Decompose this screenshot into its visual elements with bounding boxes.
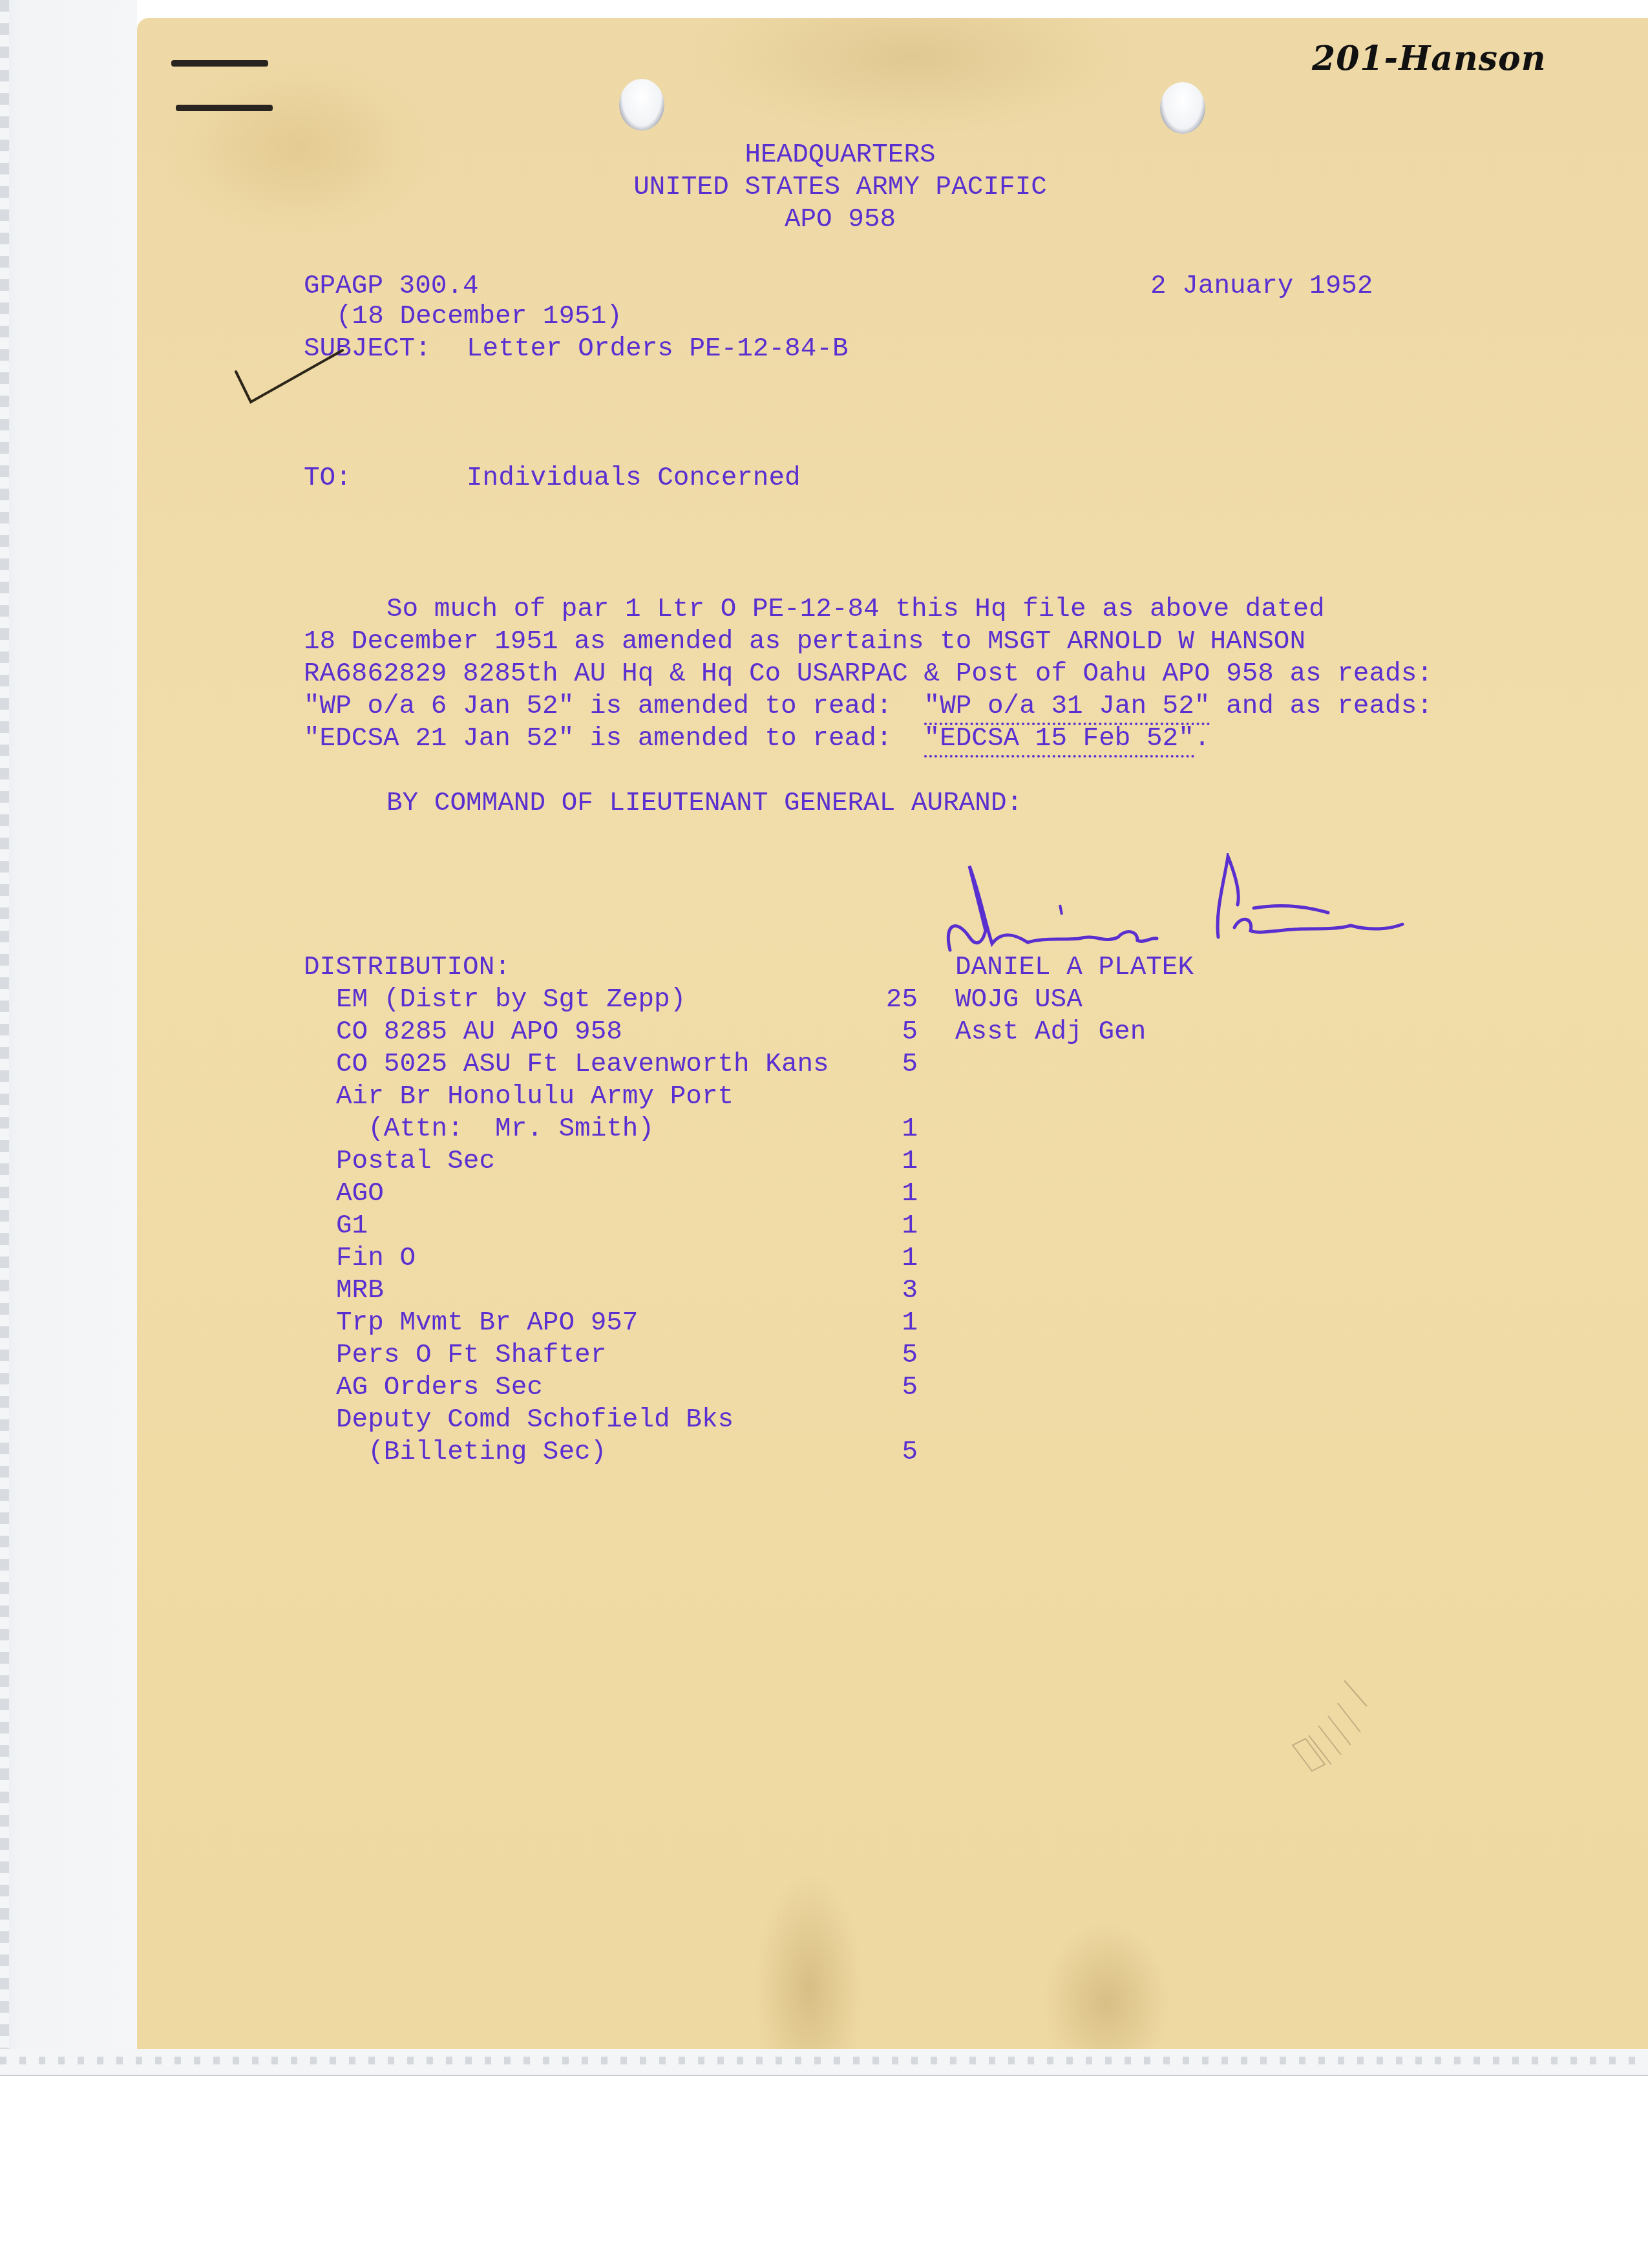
signer-title: Asst Adj Gen	[955, 1016, 1146, 1048]
punch-hole	[619, 79, 664, 131]
body-line-1: So much of par 1 Ltr O PE-12-84 this Hq …	[386, 593, 1325, 626]
document-date: 2 January 1952	[1150, 270, 1373, 302]
body-line-3: RA6862829 8285th AU Hq & Hq Co USARPAC &…	[304, 658, 1433, 690]
faint-pencil-stamp-icon	[1280, 1668, 1370, 1784]
reference-date: (18 December 1951)	[336, 301, 622, 333]
subject-text: Letter Orders PE-12-84-B	[467, 333, 849, 365]
signer-name: DANIEL A PLATEK	[955, 951, 1194, 984]
body-line-5-tail: .	[1194, 724, 1210, 754]
distribution-list: EM (Distr by Sgt Zepp)25 CO 8285 AU APO …	[336, 984, 876, 1475]
original-edcsa-date: "EDCSA 21 Jan 52" is amended to read:	[304, 724, 924, 754]
checkmark-icon	[233, 349, 349, 414]
handwritten-file-reference: 201-Hanson	[1312, 39, 1547, 78]
original-wp-date: "WP o/a 6 Jan 52" is amended to read:	[304, 692, 924, 721]
distribution-heading: DISTRIBUTION:	[304, 951, 511, 984]
letterhead-line-1: HEADQUARTERS	[388, 139, 1293, 171]
signature-icon	[931, 853, 1409, 963]
letterhead-line-2: UNITED STATES ARMY PACIFIC	[388, 171, 1293, 204]
letterhead-line-3: APO 958	[388, 204, 1293, 236]
addressee-value: Individuals Concerned	[467, 462, 801, 494]
body-line-5: "EDCSA 21 Jan 52" is amended to read: "E…	[304, 723, 1210, 755]
staple-icon	[171, 60, 268, 67]
sheet-protector-bottom-perforation	[0, 2057, 1648, 2064]
addressee-label: TO:	[304, 462, 352, 494]
sheet-protector-edge	[0, 0, 137, 2068]
sheet-protector-perforation	[0, 0, 9, 2068]
body-line-4-tail: and as reads:	[1210, 692, 1432, 721]
amended-wp-date: "WP o/a 31 Jan 52"	[924, 692, 1210, 725]
punch-hole	[1160, 82, 1205, 134]
body-line-2: 18 December 1951 as amended as pertains …	[304, 626, 1305, 658]
signer-rank: WOJG USA	[955, 984, 1083, 1016]
command-line: BY COMMAND OF LIEUTENANT GENERAL AURAND:	[386, 787, 1022, 820]
amended-edcsa-date: "EDCSA 15 Feb 52"	[924, 724, 1194, 758]
staple-icon	[176, 105, 273, 111]
body-line-4: "WP o/a 6 Jan 52" is amended to read: "W…	[304, 690, 1433, 723]
file-code: GPAGP 300.4	[304, 270, 479, 302]
